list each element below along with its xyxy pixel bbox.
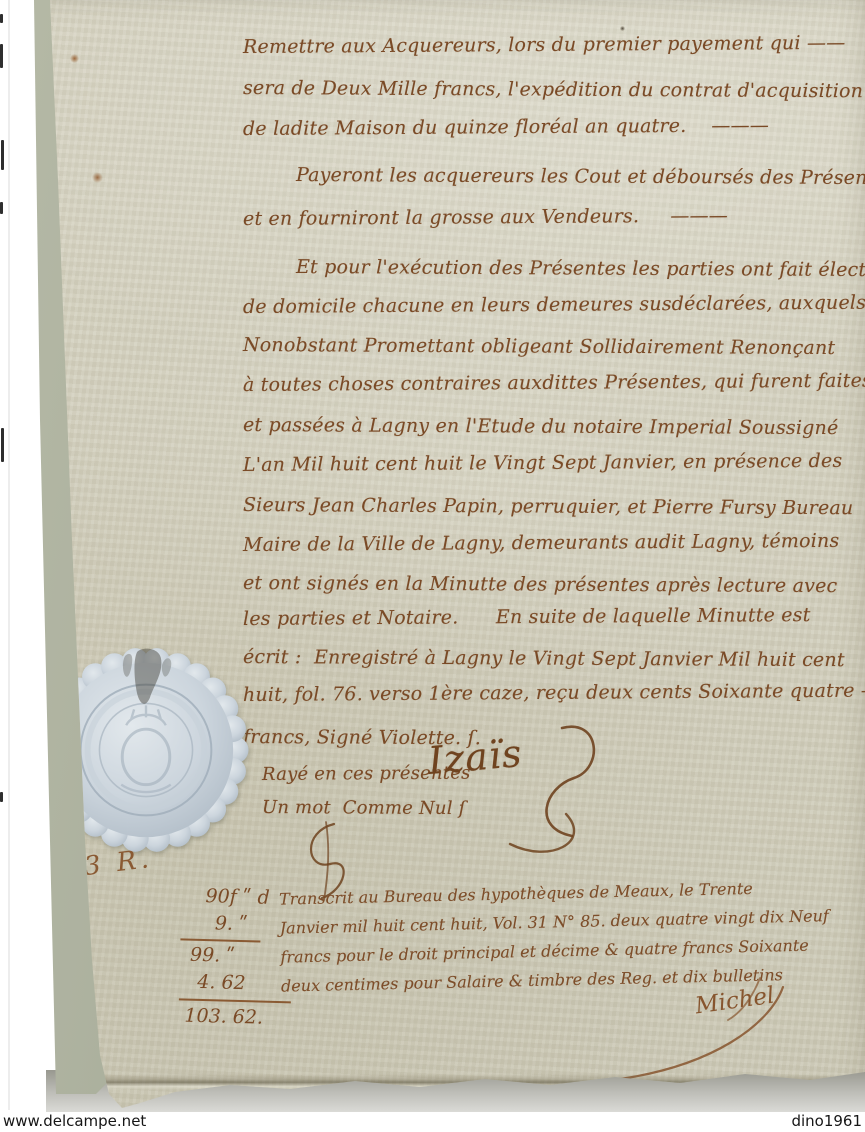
watermark-right: dino1961 bbox=[791, 1112, 862, 1130]
manuscript-line: de ladite Maison du quinze floréal an qu… bbox=[243, 114, 769, 140]
scan-artifact-mark bbox=[1, 140, 4, 170]
scan-artifact-line bbox=[8, 0, 10, 1110]
manuscript-line: et ont signés en la Minutte des présente… bbox=[243, 572, 838, 597]
manuscript-line: Remettre aux Acquereurs, lors du premier… bbox=[243, 32, 846, 58]
scan-artifact-mark bbox=[0, 792, 3, 802]
signature-flourish-icon bbox=[492, 716, 612, 856]
scan-artifact-mark bbox=[1, 428, 4, 462]
watermark-left: www.delcampe.net bbox=[3, 1112, 146, 1130]
manuscript-line: sera de Deux Mille francs, l'expédition … bbox=[243, 77, 865, 102]
manuscript-line: et en fourniront la grosse aux Vendeurs.… bbox=[243, 205, 728, 230]
manuscript-line: les parties et Notaire. En suite de laqu… bbox=[243, 604, 811, 630]
manuscript-line: Nonobstant Promettant obligeant Sollidai… bbox=[243, 334, 835, 359]
watermark-footer: www.delcampe.net dino1961 bbox=[0, 1112, 865, 1132]
manuscript-line: écrit : Enregistré à Lagny le Vingt Sept… bbox=[243, 646, 845, 671]
manuscript-line: Un mot Comme Nul ſ bbox=[262, 797, 466, 819]
fox-spot bbox=[70, 54, 79, 63]
fee-total: 103. 62. bbox=[178, 998, 291, 1029]
manuscript-line: de domicile chacune en leurs demeures su… bbox=[243, 291, 865, 318]
page-root: Remettre aux Acquereurs, lors du premier… bbox=[0, 0, 865, 1132]
fee-figure: 9. ʺ bbox=[180, 911, 261, 942]
manuscript-line: huit, fol. 76. verso 1ère caze, reçu deu… bbox=[243, 679, 865, 706]
manuscript-line: à toutes choses contraires auxdittes Pré… bbox=[243, 370, 865, 396]
scan-artifact-mark bbox=[0, 44, 3, 68]
manuscript-line: Payeront les acquereurs les Cout et débo… bbox=[296, 164, 865, 189]
scan-artifact-mark bbox=[0, 14, 3, 23]
ink-speck bbox=[620, 26, 625, 31]
manuscript-line: Maire de la Ville de Lagny, demeurants a… bbox=[243, 530, 840, 556]
manuscript-line: et passées à Lagny en l'Etude du notaire… bbox=[243, 414, 839, 439]
paper-sheet: Remettre aux Acquereurs, lors du premier… bbox=[0, 0, 865, 1132]
manuscript-line: L'an Mil huit cent huit le Vingt Sept Ja… bbox=[243, 450, 843, 476]
fox-spot bbox=[92, 172, 103, 183]
scan-artifact-mark bbox=[0, 202, 3, 214]
manuscript-line: Sieurs Jean Charles Papin, perruquier, e… bbox=[243, 494, 854, 519]
manuscript-line: Et pour l'exécution des Présentes les pa… bbox=[296, 256, 865, 281]
